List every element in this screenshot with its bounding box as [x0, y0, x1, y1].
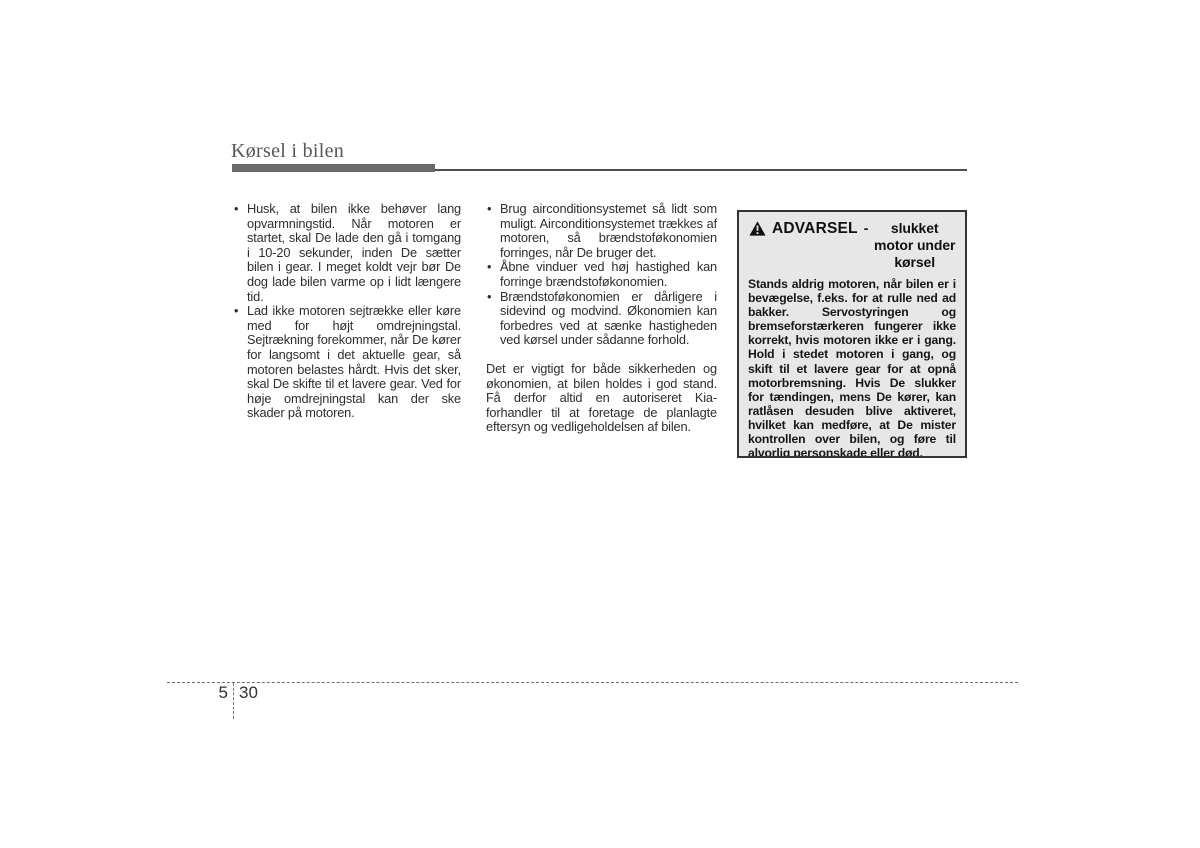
bullet-list: Brug airconditionsystemet så lidt som mu… — [486, 202, 717, 348]
bullet-item: Åbne vinduer ved høj hastighed kan forri… — [486, 260, 717, 289]
bullet-text: Brug airconditionsystemet så lidt som mu… — [500, 201, 717, 260]
warning-box: ADVARSEL - slukket motor under kørsel St… — [737, 210, 967, 458]
bullet-text: Åbne vinduer ved høj hastighed kan forri… — [500, 259, 717, 289]
header-rule-thin — [435, 169, 967, 171]
header-rule-thick — [232, 164, 435, 172]
warning-title-separator: - — [864, 220, 869, 237]
page-title: Kørsel i bilen — [231, 140, 344, 162]
bullet-text: Brændstoføkonomien er dårligere i sidevi… — [500, 289, 717, 348]
warning-title-rest: slukket motor under kørsel — [873, 220, 956, 271]
bullet-item: Brug airconditionsystemet så lidt som mu… — [486, 202, 717, 260]
bullet-text: Husk, at bilen ikke behøver lang opvarmn… — [247, 201, 461, 304]
bullet-text: Lad ikke motoren sejtrække eller køre me… — [247, 303, 461, 420]
footer-chapter-number: 5 — [204, 684, 228, 702]
footer-divider-vertical — [233, 683, 234, 719]
text-column-middle: Brug airconditionsystemet så lidt som mu… — [486, 202, 717, 435]
bullet-list: Husk, at bilen ikke behøver lang opvarmn… — [233, 202, 461, 421]
bullet-item: Husk, at bilen ikke behøver lang opvarmn… — [233, 202, 461, 304]
warning-body-text: Stands aldrig motoren, når bilen er i be… — [748, 277, 956, 458]
text-column-left: Husk, at bilen ikke behøver lang opvarmn… — [233, 202, 461, 421]
footer-divider — [167, 682, 1018, 683]
warning-label: ADVARSEL — [772, 220, 858, 237]
body-paragraph: Det er vigtigt for både sikkerheden og ø… — [486, 362, 717, 435]
warning-triangle-icon — [749, 221, 766, 236]
bullet-item: Lad ikke motoren sejtrække eller køre me… — [233, 304, 461, 421]
bullet-item: Brændstoføkonomien er dårligere i sidevi… — [486, 290, 717, 348]
warning-title: ADVARSEL - slukket motor under kørsel — [748, 220, 956, 271]
footer-page-number: 30 — [239, 684, 258, 702]
